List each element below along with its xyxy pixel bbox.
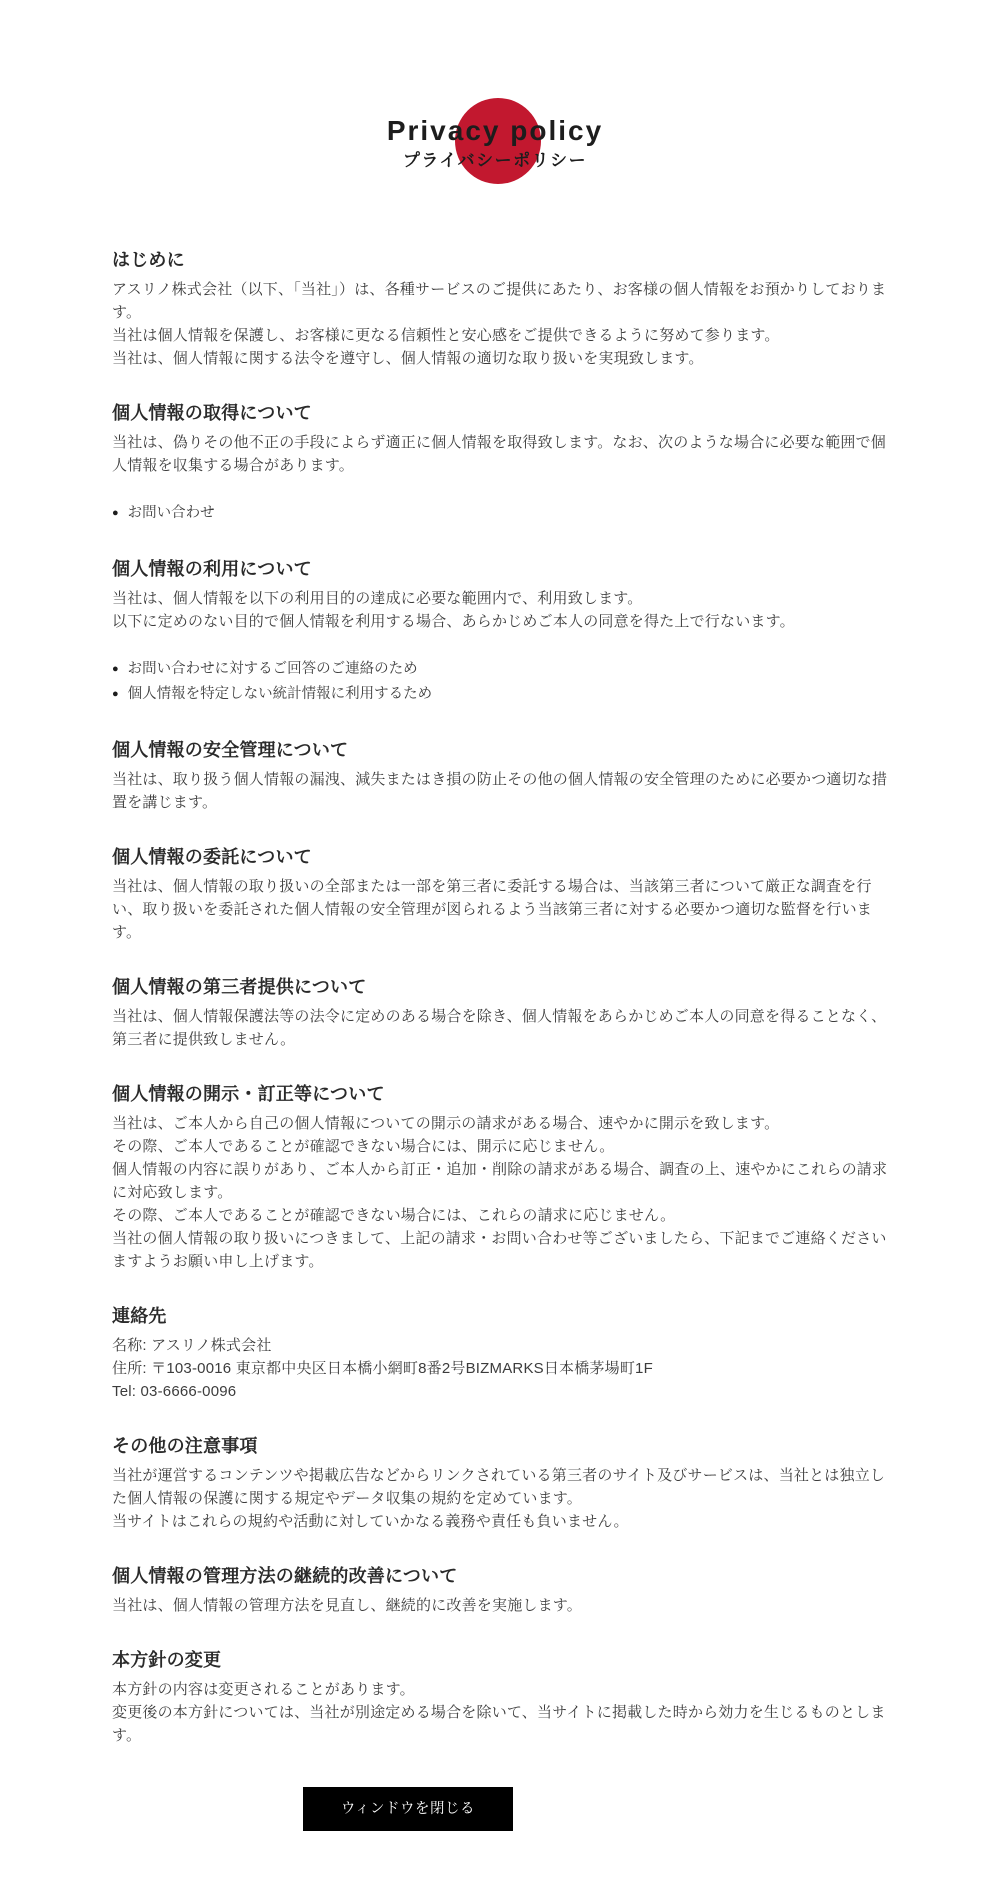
page-footer: ウィンドウを閉じる xyxy=(112,1787,990,1831)
policy-section: 連絡先 名称: アスリノ株式会社住所: 〒103-0016 東京都中央区日本橋小… xyxy=(112,1303,900,1403)
section-heading: その他の注意事項 xyxy=(112,1433,900,1460)
paragraph: 当社は、取り扱う個人情報の漏洩、減失またはき損の防止その他の個人情報の安全管理の… xyxy=(112,768,900,814)
paragraph: 以下に定めのない目的で個人情報を利用する場合、あらかじめご本人の同意を得た上で行… xyxy=(112,610,900,633)
bullet-item: ●個人情報を特定しない統計情報に利用するため xyxy=(112,682,900,707)
section-heading: 個人情報の安全管理について xyxy=(112,737,900,764)
paragraph: 当社の個人情報の取り扱いにつきまして、上記の請求・お問い合わせ等ございましたら、… xyxy=(112,1227,900,1273)
section-heading: 個人情報の第三者提供について xyxy=(112,974,900,1001)
section-heading: はじめに xyxy=(112,247,900,274)
section-body: 当社は、個人情報を以下の利用目的の達成に必要な範囲内で、利用致します。以下に定め… xyxy=(112,587,900,707)
bullet-dot-icon: ● xyxy=(112,682,119,707)
paragraph: その際、ご本人であることが確認できない場合には、これらの請求に応じません。 xyxy=(112,1204,900,1227)
paragraph: 当サイトはこれらの規約や活動に対していかなる義務や責任も負いません。 xyxy=(112,1510,900,1533)
paragraph: 個人情報の内容に誤りがあり、ご本人から訂正・追加・削除の請求がある場合、調査の上… xyxy=(112,1158,900,1204)
section-body: 当社は、個人情報の管理方法を見直し、継続的に改善を実施します。 xyxy=(112,1594,900,1617)
page-title: Privacy policy xyxy=(0,116,990,146)
paragraph: 当社は、個人情報保護法等の法令に定めのある場合を除き、個人情報をあらかじめご本人… xyxy=(112,1005,900,1051)
bullet-list: ●お問い合わせに対するご回答のご連絡のため●個人情報を特定しない統計情報に利用す… xyxy=(112,657,900,707)
policy-section: 個人情報の利用について 当社は、個人情報を以下の利用目的の達成に必要な範囲内で、… xyxy=(112,556,900,707)
policy-section: 個人情報の委託について 当社は、個人情報の取り扱いの全部または一部を第三者に委託… xyxy=(112,844,900,944)
section-heading: 連絡先 xyxy=(112,1303,900,1330)
close-window-button[interactable]: ウィンドウを閉じる xyxy=(303,1787,513,1831)
paragraph: 当社は、個人情報を以下の利用目的の達成に必要な範囲内で、利用致します。 xyxy=(112,587,900,610)
bullet-list: ●お問い合わせ xyxy=(112,501,900,526)
bullet-label: お問い合わせに対するご回答のご連絡のため xyxy=(128,657,418,682)
section-body: 当社は、偽りその他不正の手段によらず適正に個人情報を取得致します。なお、次のよう… xyxy=(112,431,900,526)
page-subtitle: プライバシーポリシー xyxy=(0,151,990,171)
policy-section: 個人情報の開示・訂正等について 当社は、ご本人から自己の個人情報についての開示の… xyxy=(112,1081,900,1273)
bullet-dot-icon: ● xyxy=(112,501,119,526)
paragraph: 当社は、偽りその他不正の手段によらず適正に個人情報を取得致します。なお、次のよう… xyxy=(112,431,900,477)
paragraph: その際、ご本人であることが確認できない場合には、開示に応じません。 xyxy=(112,1135,900,1158)
section-heading: 本方針の変更 xyxy=(112,1647,900,1674)
paragraph: 当社が運営するコンテンツや掲載広告などからリンクされている第三者のサイト及びサー… xyxy=(112,1464,900,1510)
page-header: Privacy policy プライバシーポリシー xyxy=(0,0,990,171)
paragraph: 当社は、個人情報に関する法令を遵守し、個人情報の適切な取り扱いを実現致します。 xyxy=(112,347,900,370)
paragraph: 住所: 〒103-0016 東京都中央区日本橋小網町8番2号BIZMARKS日本… xyxy=(112,1357,900,1380)
paragraph: Tel: 03-6666-0096 xyxy=(112,1380,900,1403)
section-heading: 個人情報の管理方法の継続的改善について xyxy=(112,1563,900,1590)
bullet-item: ●お問い合わせに対するご回答のご連絡のため xyxy=(112,657,900,682)
policy-section: 本方針の変更 本方針の内容は変更されることがあります。変更後の本方針については、… xyxy=(112,1647,900,1747)
bullet-label: お問い合わせ xyxy=(128,501,215,526)
bullet-dot-icon: ● xyxy=(112,657,119,682)
paragraph: 本方針の内容は変更されることがあります。 xyxy=(112,1678,900,1701)
bullet-label: 個人情報を特定しない統計情報に利用するため xyxy=(128,682,433,707)
section-heading: 個人情報の委託について xyxy=(112,844,900,871)
paragraph: 当社は、ご本人から自己の個人情報についての開示の請求がある場合、速やかに開示を致… xyxy=(112,1112,900,1135)
policy-section: その他の注意事項 当社が運営するコンテンツや掲載広告などからリンクされている第三… xyxy=(112,1433,900,1533)
section-body: アスリノ株式会社（以下、「当社」）は、各種サービスのご提供にあたり、お客様の個人… xyxy=(112,278,900,370)
policy-section: 個人情報の安全管理について 当社は、取り扱う個人情報の漏洩、減失またはき損の防止… xyxy=(112,737,900,814)
policy-section: 個人情報の取得について 当社は、偽りその他不正の手段によらず適正に個人情報を取得… xyxy=(112,400,900,526)
section-body: 当社は、取り扱う個人情報の漏洩、減失またはき損の防止その他の個人情報の安全管理の… xyxy=(112,768,900,814)
section-body: 当社は、個人情報保護法等の法令に定めのある場合を除き、個人情報をあらかじめご本人… xyxy=(112,1005,900,1051)
paragraph: 名称: アスリノ株式会社 xyxy=(112,1334,900,1357)
section-body: 当社は、ご本人から自己の個人情報についての開示の請求がある場合、速やかに開示を致… xyxy=(112,1112,900,1273)
bullet-item: ●お問い合わせ xyxy=(112,501,900,526)
section-body: 本方針の内容は変更されることがあります。変更後の本方針については、当社が別途定め… xyxy=(112,1678,900,1747)
section-heading: 個人情報の利用について xyxy=(112,556,900,583)
policy-section: はじめに アスリノ株式会社（以下、「当社」）は、各種サービスのご提供にあたり、お… xyxy=(112,247,900,370)
policy-section: 個人情報の管理方法の継続的改善について 当社は、個人情報の管理方法を見直し、継続… xyxy=(112,1563,900,1617)
section-body: 当社は、個人情報の取り扱いの全部または一部を第三者に委託する場合は、当該第三者に… xyxy=(112,875,900,944)
paragraph: 当社は、個人情報の取り扱いの全部または一部を第三者に委託する場合は、当該第三者に… xyxy=(112,875,900,944)
section-heading: 個人情報の開示・訂正等について xyxy=(112,1081,900,1108)
paragraph: アスリノ株式会社（以下、「当社」）は、各種サービスのご提供にあたり、お客様の個人… xyxy=(112,278,900,324)
paragraph: 変更後の本方針については、当社が別途定める場合を除いて、当サイトに掲載した時から… xyxy=(112,1701,900,1747)
paragraph: 当社は個人情報を保護し、お客様に更なる信頼性と安心感をご提供できるように努めて参… xyxy=(112,324,900,347)
section-body: 名称: アスリノ株式会社住所: 〒103-0016 東京都中央区日本橋小網町8番… xyxy=(112,1334,900,1403)
policy-content: はじめに アスリノ株式会社（以下、「当社」）は、各種サービスのご提供にあたり、お… xyxy=(112,247,900,1747)
section-body: 当社が運営するコンテンツや掲載広告などからリンクされている第三者のサイト及びサー… xyxy=(112,1464,900,1533)
policy-section: 個人情報の第三者提供について 当社は、個人情報保護法等の法令に定めのある場合を除… xyxy=(112,974,900,1051)
section-heading: 個人情報の取得について xyxy=(112,400,900,427)
paragraph: 当社は、個人情報の管理方法を見直し、継続的に改善を実施します。 xyxy=(112,1594,900,1617)
